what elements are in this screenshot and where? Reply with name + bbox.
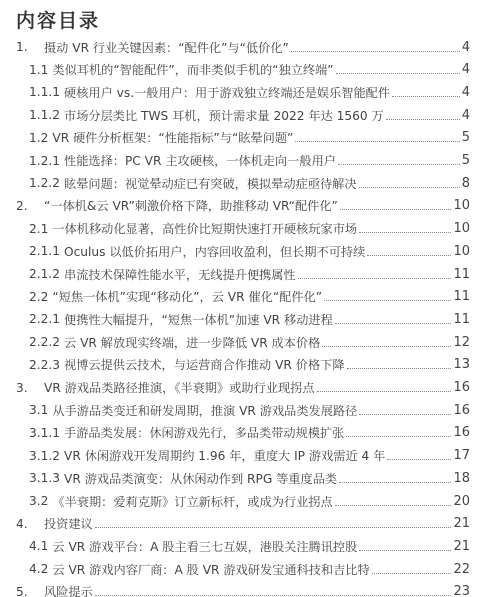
toc-entry-label: 硬核用户 vs.一般用户：用于游戏独立终端还是娱乐智能配件 [64, 84, 390, 101]
toc-entry[interactable]: 1.1.1硬核用户 vs.一般用户：用于游戏独立终端还是娱乐智能配件4 [29, 81, 470, 103]
toc-entry-number: 1. [16, 40, 42, 54]
toc-entry[interactable]: 2.2.1便携性大幅提升，“短焦一体机”加速 VR 移动进程11 [29, 308, 470, 330]
dot-leader [392, 84, 460, 97]
toc-entry-number: 2.2.3 [29, 358, 60, 372]
toc-entry[interactable]: 2.2.3视博云提供云技术，与运营商合作推动 VR 价格下降13 [29, 354, 470, 376]
dot-leader [386, 107, 460, 120]
dot-leader [291, 39, 460, 52]
dot-leader [335, 311, 452, 324]
toc-entry[interactable]: 2.1一体机移动化显著，高性价比短期快速打开硬核玩家市场10 [29, 218, 470, 240]
toc-entry-label: VR 休闲游戏开发周期约 1.96 年，重度大 IP 游戏需近 4 年 [64, 447, 385, 464]
toc-entry[interactable]: 4.2云 VR 游戏内容厂商：A 股 VR 游戏研发宝通科技和吉比特22 [29, 558, 470, 580]
toc-entry[interactable]: 2.“一体机&云 VR”刺激价格下降，助推移动 VR“配件化”10 [16, 195, 470, 217]
toc-entry-page-number: 5 [462, 130, 470, 145]
dot-leader [359, 402, 451, 415]
toc-entry-label: 云 VR 游戏平台：A 股主看三七互娱，港股关注腾讯控股 [52, 538, 357, 555]
toc-entry-number: 2.1 [29, 222, 48, 236]
toc-entry-label: 云 VR 游戏内容厂商：A 股 VR 游戏研发宝通科技和吉比特 [52, 561, 369, 578]
toc-entry-number: 3.2 [29, 494, 48, 508]
dot-leader [367, 243, 451, 256]
toc-entry-number: 3.1 [29, 403, 48, 417]
toc-entry-number: 5. [16, 585, 42, 597]
toc-entry[interactable]: 4.投资建议21 [16, 513, 470, 535]
dot-leader [324, 288, 451, 301]
toc-entry-page-number: 20 [453, 494, 470, 509]
toc-entry-number: 4.2 [29, 562, 48, 576]
toc-entry-page-number: 4 [462, 62, 470, 77]
toc-entry-number: 3.1.3 [29, 471, 60, 485]
dot-leader [387, 447, 451, 460]
toc-entry-label: 市场分层类比 TWS 耳机，预计需求量 2022 年达 1560 万 [64, 107, 384, 124]
toc-entry-label: VR 游戏品类路径推演，《半衰期》或助行业现拐点 [44, 379, 315, 396]
toc-entry-page-number: 4 [462, 40, 470, 55]
toc-entry-page-number: 10 [453, 221, 470, 236]
dot-leader [95, 515, 452, 528]
toc-entry-number: 2. [16, 199, 42, 213]
toc-entry-page-number: 16 [453, 425, 470, 440]
toc-title: 内容目录 [16, 6, 100, 33]
toc-entry[interactable]: 2.2“短焦一体机”实现“移动化”，云 VR 催化“配件化”11 [29, 286, 470, 308]
toc-entry[interactable]: 1.2.2眩晕问题：视觉晕动症已有突破，模拟晕动症亟待解决8 [29, 172, 470, 194]
toc-entry-label: 串流技术保障性能水平，无线提升便携属性 [64, 266, 296, 283]
toc-entry[interactable]: 1.2.1性能选择：PC VR 主攻硬核，一体机走向一般用户5 [29, 150, 470, 172]
toc-entry-label: 眩晕问题：视觉晕动症已有突破，模拟晕动症亟待解决 [64, 175, 357, 192]
dot-leader [322, 334, 451, 347]
toc-entry[interactable]: 2.2.2云 VR 解放现实终端，进一步降低 VR 成本价格12 [29, 331, 470, 353]
toc-entry-number: 1.2 [29, 131, 48, 145]
toc-entry-label: VR 游戏品类演变：从休闲动作到 RPG 等重度品类 [64, 470, 337, 487]
toc-entry-page-number: 22 [453, 562, 470, 577]
dot-leader [372, 561, 452, 574]
dot-leader [298, 266, 452, 279]
toc-entry[interactable]: 4.1云 VR 游戏平台：A 股主看三七互娱，港股关注腾讯控股21 [29, 535, 470, 557]
toc-entry-page-number: 4 [462, 108, 470, 123]
toc-entry-page-number: 4 [462, 85, 470, 100]
toc-entry-number: 1.1 [29, 63, 48, 77]
toc-entry-page-number: 10 [453, 198, 470, 213]
toc-entry-label: 一体机移动化显著，高性价比短期快速打开硬核玩家市场 [52, 220, 357, 237]
toc-entry[interactable]: 3.1.3VR 游戏品类演变：从休闲动作到 RPG 等重度品类18 [29, 467, 470, 489]
dot-leader [338, 152, 460, 165]
toc-entry-number: 3. [16, 381, 42, 395]
toc-entry[interactable]: 2.1.1Oculus 以低价拓用户，内容回收盈利，但长期不可持续10 [29, 240, 470, 262]
toc-entry[interactable]: 3.VR 游戏品类路径推演，《半衰期》或助行业现拐点16 [16, 377, 470, 399]
toc-entry-label: VR 硬件分析框架：“性能指标”与“眩晕问题” [52, 129, 293, 146]
dot-leader [317, 379, 452, 392]
toc-entry-page-number: 21 [453, 516, 470, 531]
toc-entry-page-number: 8 [462, 176, 470, 191]
dot-leader [340, 197, 452, 210]
toc-entry-page-number: 16 [453, 380, 470, 395]
toc-entry-number: 2.1.1 [29, 244, 60, 258]
dot-leader [346, 424, 451, 437]
toc-entry-number: 1.1.1 [29, 85, 60, 99]
toc-entry-label: Oculus 以低价拓用户，内容回收盈利，但长期不可持续 [64, 243, 365, 260]
toc-entry-page-number: 13 [453, 357, 470, 372]
dot-leader [359, 220, 451, 233]
toc-entry-number: 1.1.2 [29, 108, 60, 122]
toc-entry-number: 4.1 [29, 539, 48, 553]
toc-entry-label: 云 VR 解放现实终端，进一步降低 VR 成本价格 [64, 334, 320, 351]
toc-entry-page-number: 11 [453, 267, 470, 282]
toc-entry[interactable]: 3.2《半衰期：爱莉克斯》订立新标杆，或成为行业拐点20 [29, 490, 470, 512]
toc-entry-page-number: 23 [453, 584, 470, 597]
toc-entry-number: 4. [16, 517, 42, 531]
toc-entry-label: 手游品类发展：休闲游戏先行，多品类带动规模扩张 [64, 424, 344, 441]
toc-entry-number: 1.2.1 [29, 154, 60, 168]
toc-entry-number: 2.2.2 [29, 335, 60, 349]
dot-leader [336, 61, 460, 74]
toc-entry[interactable]: 1.1类似耳机的“智能配件”，而非类似手机的“独立终端”4 [29, 59, 470, 81]
toc-entry-label: 类似耳机的“智能配件”，而非类似手机的“独立终端” [52, 61, 333, 78]
dot-leader [359, 175, 460, 188]
toc-entry[interactable]: 3.1.2VR 休闲游戏开发周期约 1.96 年，重度大 IP 游戏需近 4 年… [29, 445, 470, 467]
dot-leader [347, 356, 452, 369]
toc-entry-label: 便携性大幅提升，“短焦一体机”加速 VR 移动进程 [64, 311, 333, 328]
toc-entry-page-number: 11 [453, 312, 470, 327]
toc-entry[interactable]: 2.1.2串流技术保障性能水平，无线提升便携属性11 [29, 263, 470, 285]
toc-entry[interactable]: 1.摄动 VR 行业关键因素：“配件化”与“低价化”4 [16, 36, 470, 58]
toc-entry-label: 投资建议 [44, 515, 93, 532]
toc-entry-page-number: 12 [453, 335, 470, 350]
toc-entry-number: 2.2 [29, 290, 48, 304]
toc-entry[interactable]: 3.1.1手游品类发展：休闲游戏先行，多品类带动规模扩张16 [29, 422, 470, 444]
dot-leader [359, 538, 451, 551]
toc-entry-page-number: 18 [453, 471, 470, 486]
dot-leader [95, 583, 452, 596]
dot-leader [295, 129, 459, 142]
toc-entry-page-number: 21 [453, 539, 470, 554]
toc-entry-page-number: 5 [462, 153, 470, 168]
toc-entry-label: 视博云提供云技术，与运营商合作推动 VR 价格下降 [64, 356, 345, 373]
toc-entry-label: 从手游品类变迁和研发周期，推演 VR 游戏品类发展路径 [52, 402, 357, 419]
toc-entry-label: 《半衰期：爱莉克斯》订立新标杆，或成为行业拐点 [52, 493, 332, 510]
toc-entry-number: 2.2.1 [29, 312, 60, 326]
toc-entry-number: 1.2.2 [29, 176, 60, 190]
toc-entry-page-number: 11 [453, 289, 470, 304]
toc-entry-label: “短焦一体机”实现“移动化”，云 VR 催化“配件化” [52, 288, 322, 305]
toc-entry-number: 3.1.2 [29, 449, 60, 463]
toc-entry[interactable]: 1.2VR 硬件分析框架：“性能指标”与“眩晕问题”5 [29, 127, 470, 149]
dot-leader [339, 470, 451, 483]
toc-entry-label: 风险提示 [44, 583, 93, 597]
toc-entry-label: 摄动 VR 行业关键因素：“配件化”与“低价化” [44, 39, 289, 56]
dot-leader [335, 493, 452, 506]
toc-entry-page-number: 17 [453, 448, 470, 463]
toc-entry-label: “一体机&云 VR”刺激价格下降，助推移动 VR“配件化” [44, 197, 338, 214]
toc-entry[interactable]: 1.1.2市场分层类比 TWS 耳机，预计需求量 2022 年达 1560 万4 [29, 104, 470, 126]
toc-entry-number: 2.1.2 [29, 267, 60, 281]
toc-entry-page-number: 10 [453, 244, 470, 259]
toc-entry-number: 3.1.1 [29, 426, 60, 440]
toc-entry[interactable]: 3.1从手游品类变迁和研发周期，推演 VR 游戏品类发展路径16 [29, 399, 470, 421]
toc-entry-label: 性能选择：PC VR 主攻硬核，一体机走向一般用户 [64, 152, 336, 169]
toc-entry[interactable]: 5.风险提示23 [16, 581, 470, 597]
toc-entry-page-number: 16 [453, 403, 470, 418]
